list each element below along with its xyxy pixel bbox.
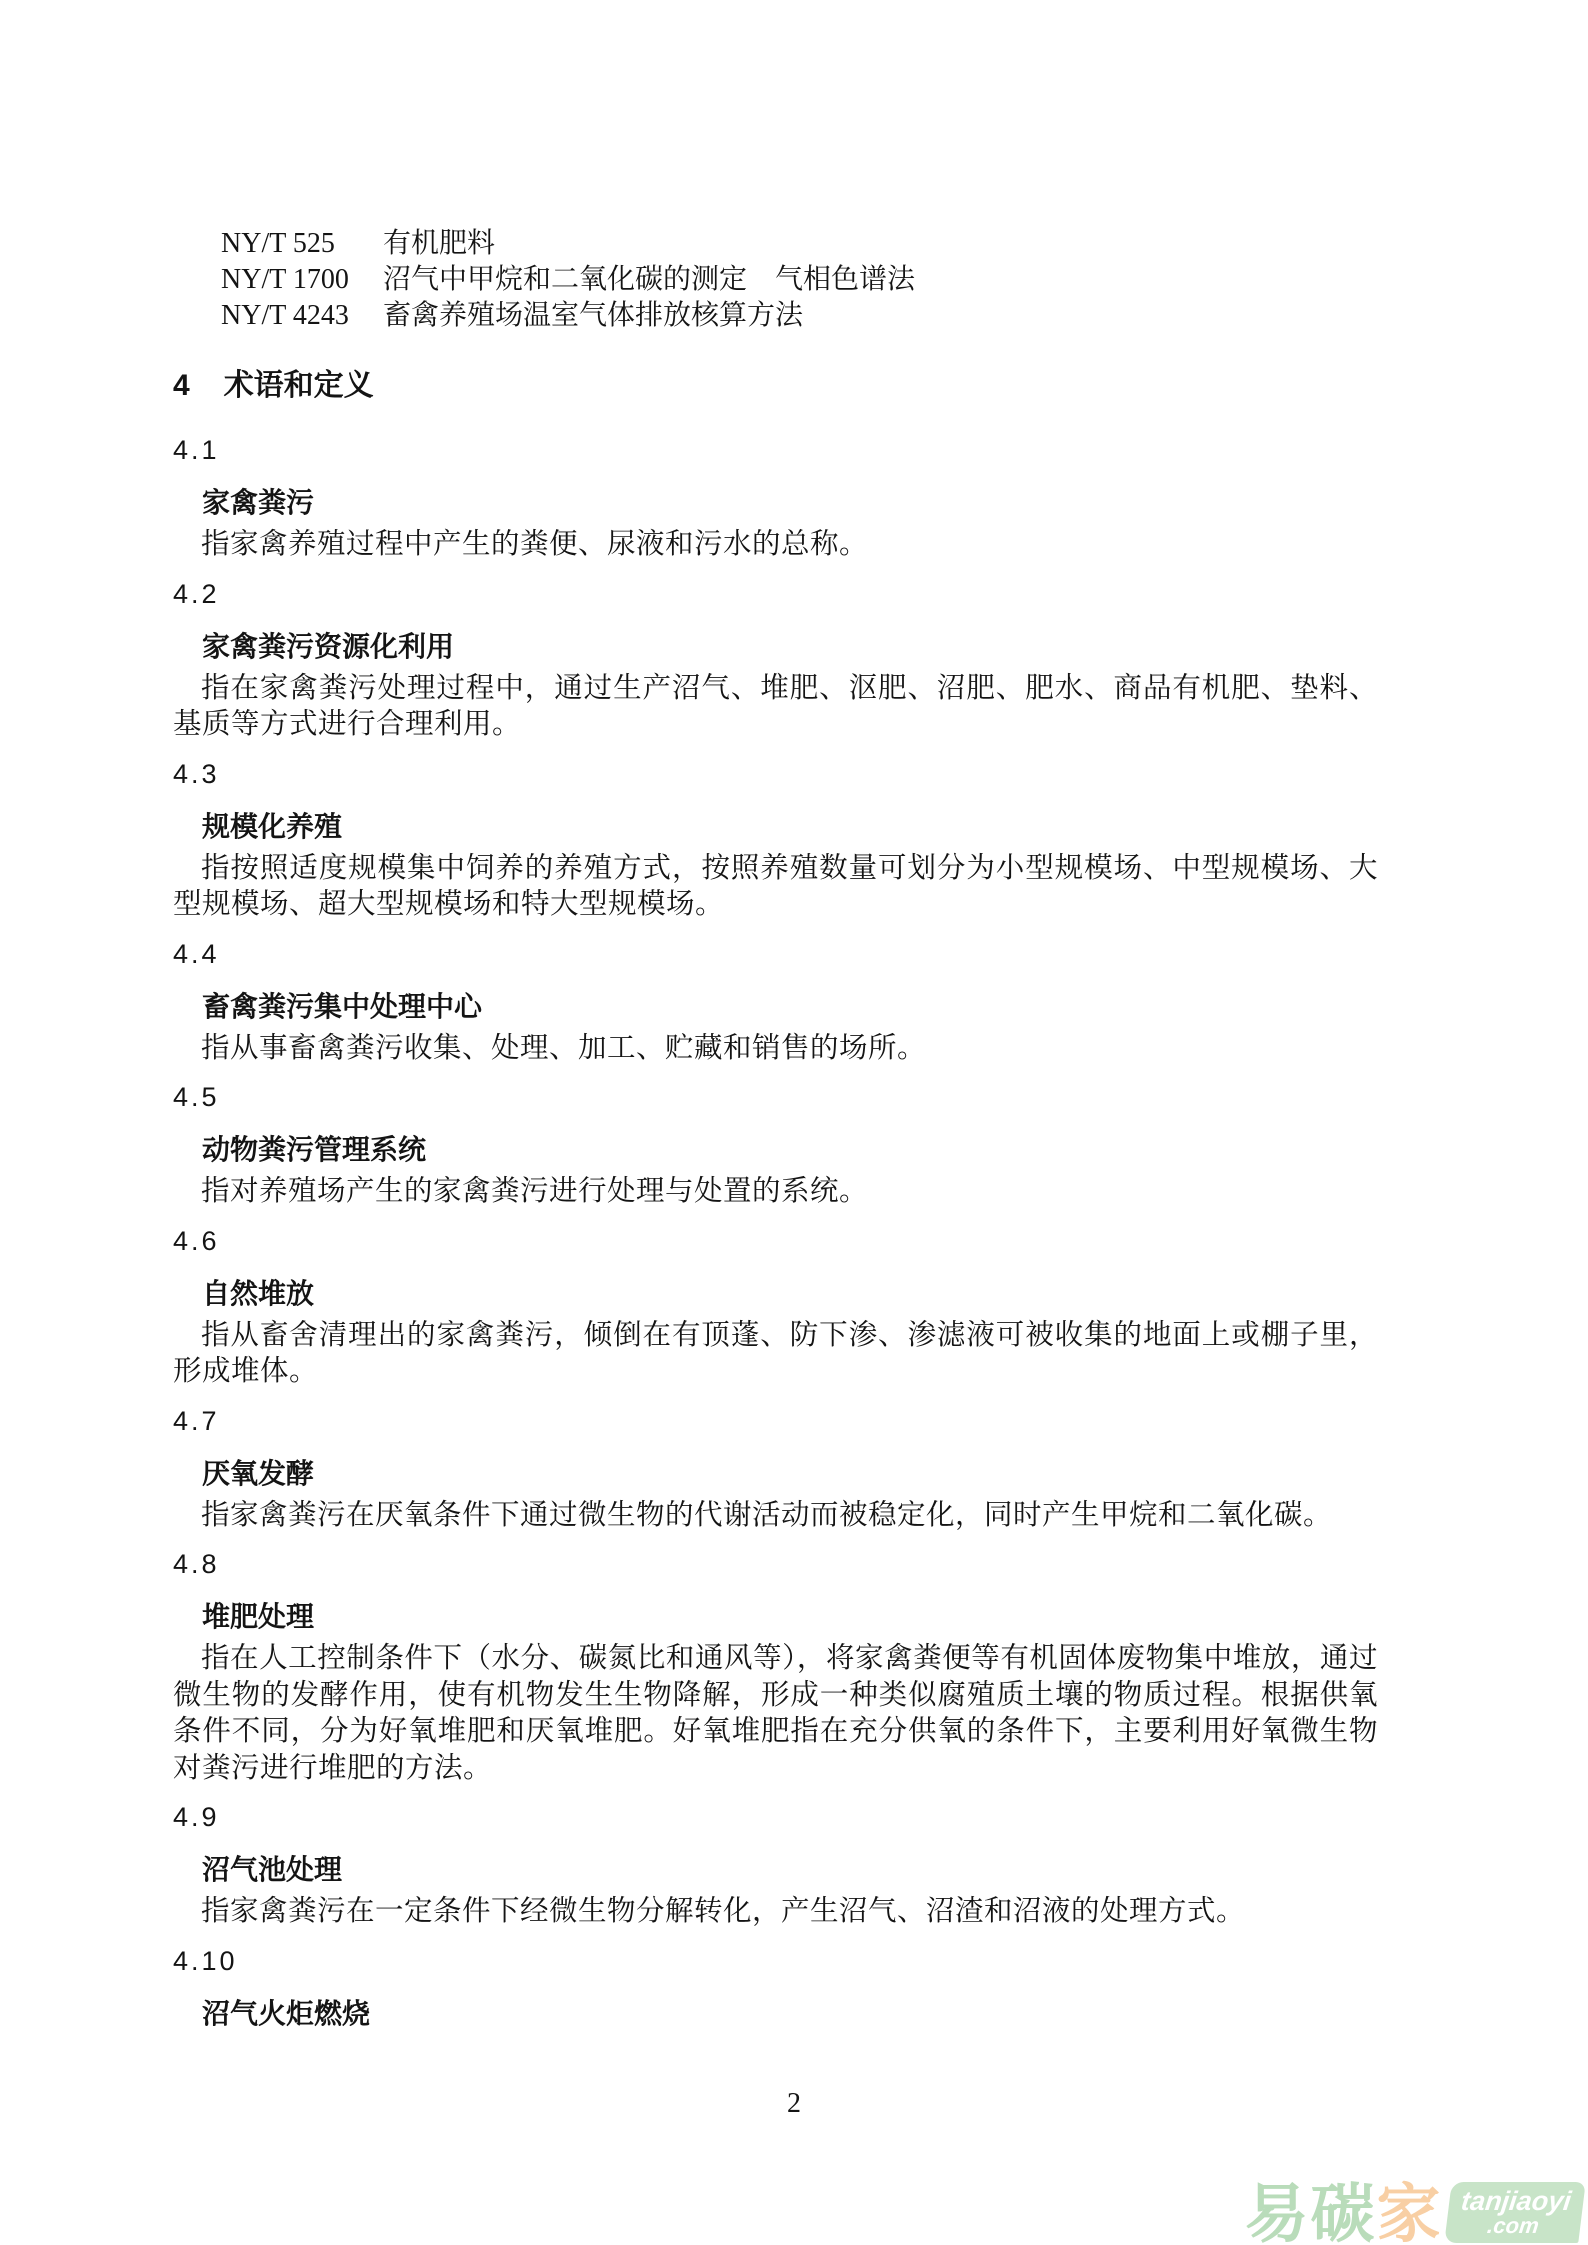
term-section: 4.3 规模化养殖 指按照适度规模集中饲养的养殖方式，按照养殖数量可划分为小型规… bbox=[173, 756, 1378, 924]
watermark-badge: tanjiaoyi .com bbox=[1445, 2182, 1586, 2243]
term-name: 家禽粪污 bbox=[173, 485, 1378, 521]
watermark-green-text: 易碳 bbox=[1244, 2183, 1376, 2245]
term-number: 4.5 bbox=[173, 1079, 1378, 1115]
term-name: 沼气火炬燃烧 bbox=[173, 1996, 1378, 2032]
reference-row: NY/T 1700 沼气中甲烷和二氧化碳的测定 气相色谱法 bbox=[221, 262, 1378, 298]
term-section: 4.6 自然堆放 指从畜舍清理出的家禽粪污，倾倒在有顶蓬、防下渗、渗滤液可被收集… bbox=[173, 1223, 1378, 1391]
term-definition: 指家禽粪污在厌氧条件下通过微生物的代谢活动而被稳定化，同时产生甲烷和二氧化碳。 bbox=[173, 1498, 1378, 1535]
term-name: 自然堆放 bbox=[173, 1276, 1378, 1312]
term-definition: 指在人工控制条件下（水分、碳氮比和通风等），将家禽粪便等有机固体废物集中堆放，通… bbox=[173, 1641, 1378, 1787]
term-name: 动物粪污管理系统 bbox=[173, 1132, 1378, 1168]
reference-title: 沼气中甲烷和二氧化碳的测定 气相色谱法 bbox=[383, 262, 915, 298]
term-definition: 指按照适度规模集中饲养的养殖方式，按照养殖数量可划分为小型规模场、中型规模场、大… bbox=[173, 851, 1378, 924]
term-name: 堆肥处理 bbox=[173, 1599, 1378, 1635]
term-name: 沼气池处理 bbox=[173, 1852, 1378, 1888]
term-number: 4.3 bbox=[173, 756, 1378, 792]
term-name: 畜禽粪污集中处理中心 bbox=[173, 989, 1378, 1025]
term-definition: 指在家禽粪污处理过程中，通过生产沼气、堆肥、沤肥、沼肥、肥水、商品有机肥、垫料、… bbox=[173, 671, 1378, 744]
term-definition: 指从畜舍清理出的家禽粪污，倾倒在有顶蓬、防下渗、渗滤液可被收集的地面上或棚子里，… bbox=[173, 1318, 1378, 1391]
reference-code: NY/T 4243 bbox=[221, 298, 383, 334]
term-name: 厌氧发酵 bbox=[173, 1456, 1378, 1492]
term-number: 4.4 bbox=[173, 936, 1378, 972]
reference-title: 有机肥料 bbox=[383, 226, 495, 262]
term-number: 4.1 bbox=[173, 432, 1378, 468]
chapter-title: 术语和定义 bbox=[224, 369, 374, 402]
term-section: 4.8 堆肥处理 指在人工控制条件下（水分、碳氮比和通风等），将家禽粪便等有机固… bbox=[173, 1546, 1378, 1787]
document-page: { "references": [ { "code": "NY/T 525", … bbox=[0, 0, 1588, 2245]
term-section: 4.2 家禽粪污资源化利用 指在家禽粪污处理过程中，通过生产沼气、堆肥、沤肥、沼… bbox=[173, 576, 1378, 744]
reference-list: NY/T 525 有机肥料 NY/T 1700 沼气中甲烷和二氧化碳的测定 气相… bbox=[173, 226, 1378, 334]
reference-title: 畜禽养殖场温室气体排放核算方法 bbox=[383, 298, 803, 334]
term-name: 家禽粪污资源化利用 bbox=[173, 629, 1378, 665]
term-number: 4.6 bbox=[173, 1223, 1378, 1259]
reference-code: NY/T 1700 bbox=[221, 262, 383, 298]
term-section: 4.1 家禽粪污 指家禽养殖过程中产生的粪便、尿液和污水的总称。 bbox=[173, 432, 1378, 564]
term-section: 4.9 沼气池处理 指家禽粪污在一定条件下经微生物分解转化，产生沼气、沼渣和沼液… bbox=[173, 1799, 1378, 1931]
chapter-number: 4 bbox=[173, 369, 190, 402]
watermark-logo: 易碳 家 tanjiaoyi .com bbox=[1244, 2182, 1582, 2245]
page-content: NY/T 525 有机肥料 NY/T 1700 沼气中甲烷和二氧化碳的测定 气相… bbox=[173, 226, 1378, 2038]
term-section: 4.4 畜禽粪污集中处理中心 指从事畜禽粪污收集、处理、加工、贮藏和销售的场所。 bbox=[173, 936, 1378, 1068]
reference-code: NY/T 525 bbox=[221, 226, 383, 262]
reference-row: NY/T 525 有机肥料 bbox=[221, 226, 1378, 262]
term-definition: 指家禽粪污在一定条件下经微生物分解转化，产生沼气、沼渣和沼液的处理方式。 bbox=[173, 1894, 1378, 1931]
page-number: 2 bbox=[0, 2086, 1588, 2122]
watermark-badge-line2: .com bbox=[1457, 2215, 1569, 2237]
term-definition: 指从事畜禽粪污收集、处理、加工、贮藏和销售的场所。 bbox=[173, 1031, 1378, 1068]
term-number: 4.10 bbox=[173, 1943, 1378, 1979]
term-section: 4.7 厌氧发酵 指家禽粪污在厌氧条件下通过微生物的代谢活动而被稳定化，同时产生… bbox=[173, 1403, 1378, 1535]
term-name: 规模化养殖 bbox=[173, 809, 1378, 845]
term-definition: 指对养殖场产生的家禽粪污进行处理与处置的系统。 bbox=[173, 1174, 1378, 1211]
term-number: 4.8 bbox=[173, 1546, 1378, 1582]
chapter-heading: 4术语和定义 bbox=[173, 366, 1378, 406]
watermark-badge-line1: tanjiaoyi bbox=[1460, 2187, 1573, 2215]
term-section: 4.10 沼气火炬燃烧 bbox=[173, 1943, 1378, 2032]
term-number: 4.9 bbox=[173, 1799, 1378, 1835]
reference-row: NY/T 4243 畜禽养殖场温室气体排放核算方法 bbox=[221, 298, 1378, 334]
term-definition: 指家禽养殖过程中产生的粪便、尿液和污水的总称。 bbox=[173, 527, 1378, 564]
term-number: 4.2 bbox=[173, 576, 1378, 612]
term-section: 4.5 动物粪污管理系统 指对养殖场产生的家禽粪污进行处理与处置的系统。 bbox=[173, 1079, 1378, 1211]
watermark-orange-text: 家 bbox=[1376, 2183, 1440, 2245]
term-number: 4.7 bbox=[173, 1403, 1378, 1439]
